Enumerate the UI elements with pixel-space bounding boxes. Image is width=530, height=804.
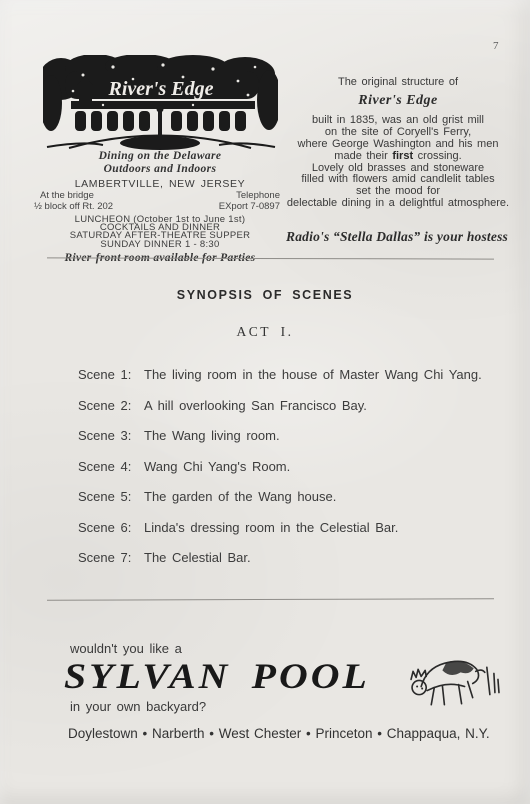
rivers-edge-info-row: At the bridge ½ block off Rt. 202 Teleph… xyxy=(40,191,280,211)
rivers-edge-phone-number: EXport 7-0897 xyxy=(219,202,280,212)
history-intro: The original structure of xyxy=(278,77,518,89)
rivers-edge-illustration: River's Edge xyxy=(43,55,278,150)
scene-row: Scene 7: The Celestial Bar. xyxy=(78,550,498,565)
scene-list: Scene 1: The living room in the house of… xyxy=(78,367,498,581)
divider-bottom xyxy=(47,598,494,601)
rivers-edge-city: LAMBERTVILLE, NEW JERSEY xyxy=(40,178,280,190)
program-page: 7 xyxy=(0,0,530,804)
schedule-line: SUNDAY DINNER 1 - 8:30 xyxy=(40,241,280,249)
scene-label: Scene 6: xyxy=(78,520,144,535)
scene-row: Scene 6: Linda's dressing room in the Ce… xyxy=(78,520,498,535)
history-line-crossing: made their first crossing. xyxy=(278,151,518,163)
sylvan-locations: Doylestown • Narberth • West Chester • P… xyxy=(68,726,508,741)
history-crossing-post: crossing. xyxy=(413,150,462,162)
scene-description: The living room in the house of Master W… xyxy=(144,367,482,382)
history-crossing-bold: first xyxy=(392,150,413,162)
sylvan-tagline-top: wouldn't you like a xyxy=(70,641,182,656)
rivers-edge-illustration-svg: River's Edge xyxy=(43,55,278,150)
scene-row: Scene 4: Wang Chi Yang's Room. xyxy=(78,459,498,474)
history-crossing-pre: made their xyxy=(334,150,392,162)
scene-description: The garden of the Wang house. xyxy=(144,489,336,504)
scene-description: The Wang living room. xyxy=(144,428,280,443)
sylvan-tagline-bottom: in your own backyard? xyxy=(70,699,206,714)
rivers-edge-tagline-2: Outdoors and Indoors xyxy=(40,163,280,176)
history-line: on the site of Coryell's Ferry, xyxy=(278,127,518,139)
rivers-edge-tagline-1: Dining on the Delaware xyxy=(40,150,280,163)
rivers-edge-script-title: River's Edge xyxy=(107,78,213,100)
scene-description: Wang Chi Yang's Room. xyxy=(144,459,290,474)
scene-label: Scene 5: xyxy=(78,489,144,504)
scene-label: Scene 3: xyxy=(78,428,144,443)
scene-row: Scene 1: The living room in the house of… xyxy=(78,367,498,382)
rivers-edge-ad: River's Edge Dining on the Delaware Outd… xyxy=(40,55,280,264)
scene-row: Scene 3: The Wang living room. xyxy=(78,428,498,443)
hostess-line: Radio's “Stella Dallas” is your hostess xyxy=(272,229,522,245)
rivers-edge-schedule: LUNCHEON (October 1st to June 1st) COCKT… xyxy=(40,216,280,249)
act-heading: ACT I. xyxy=(0,324,530,340)
scene-description: Linda's dressing room in the Celestial B… xyxy=(144,520,398,535)
page-number: 7 xyxy=(493,40,499,52)
diving-deer-icon xyxy=(406,650,502,716)
rivers-edge-bridge-note: At the bridge xyxy=(40,191,113,201)
scene-label: Scene 4: xyxy=(78,459,144,474)
rivers-edge-telephone-label: Telephone xyxy=(219,191,280,201)
scene-label: Scene 2: xyxy=(78,398,144,413)
scene-label: Scene 1: xyxy=(78,367,144,382)
rivers-edge-phone-info: Telephone EXport 7-0897 xyxy=(219,191,280,211)
synopsis-title: SYNOPSIS OF SCENES xyxy=(0,288,530,302)
scene-row: Scene 2: A hill overlooking San Francisc… xyxy=(78,398,498,413)
rivers-edge-route-note: ½ block off Rt. 202 xyxy=(34,202,113,212)
sylvan-pool-wordmark: SYLVAN POOL xyxy=(64,656,411,697)
scene-description: A hill overlooking San Francisco Bay. xyxy=(144,398,367,413)
rivers-edge-location-info: At the bridge ½ block off Rt. 202 xyxy=(40,191,113,211)
scene-row: Scene 5: The garden of the Wang house. xyxy=(78,489,498,504)
history-restaurant-name: River's Edge xyxy=(278,93,518,109)
scene-label: Scene 7: xyxy=(78,550,144,565)
rivers-edge-history: The original structure of River's Edge b… xyxy=(278,77,518,210)
history-line: delectable dining in a delightful atmosp… xyxy=(278,198,518,210)
scene-description: The Celestial Bar. xyxy=(144,550,251,565)
